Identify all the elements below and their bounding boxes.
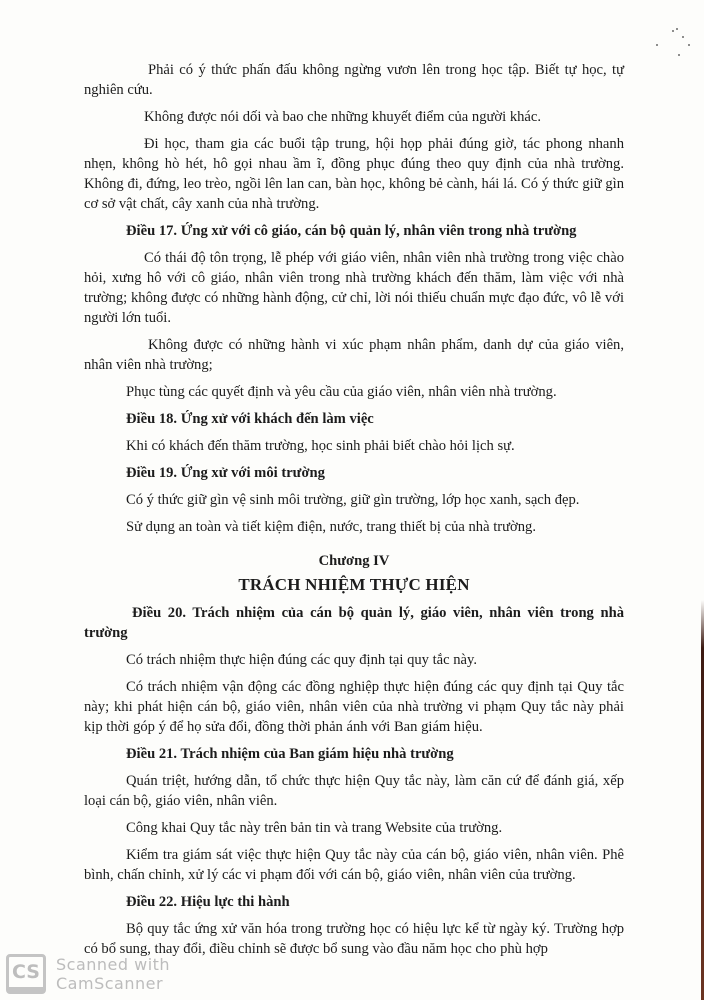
paragraph: Không được nói dối và bao che những khuy… [84,107,624,127]
paragraph: Khi có khách đến thăm trường, học sinh p… [84,436,624,456]
article-17-heading: Điều 17. Ứng xử với cô giáo, cán bộ quản… [84,221,624,241]
document-body: Phải có ý thức phấn đấu không ngừng vươn… [84,60,624,966]
article-21-heading: Điều 21. Trách nhiệm của Ban giám hiệu n… [84,744,624,764]
article-19-heading: Điều 19. Ứng xử với môi trường [84,463,624,483]
scanned-page: Phải có ý thức phấn đấu không ngừng vươn… [0,0,704,1000]
paragraph: Phải có ý thức phấn đấu không ngừng vươn… [84,60,624,100]
paragraph: Có trách nhiệm vận động các đồng nghiệp … [84,677,624,737]
paragraph: Quán triệt, hướng dẫn, tổ chức thực hiện… [84,771,624,811]
paragraph: Sử dụng an toàn và tiết kiệm điện, nước,… [84,517,624,537]
paragraph: Công khai Quy tắc này trên bản tin và tr… [84,818,624,838]
paragraph: Có trách nhiệm thực hiện đúng các quy đị… [84,650,624,670]
paragraph: Kiểm tra giám sát việc thực hiện Quy tắc… [84,845,624,885]
article-22-heading: Điều 22. Hiệu lực thi hành [84,892,624,912]
chapter-title: TRÁCH NHIỆM THỰC HIỆN [84,575,624,595]
camscanner-watermark: CS Scanned with CamScanner [6,954,170,994]
paragraph: Bộ quy tắc ứng xử văn hóa trong trường h… [84,919,624,959]
paragraph: Không được có những hành vi xúc phạm nhâ… [84,335,624,375]
paragraph: Có ý thức giữ gìn vệ sinh môi trường, gi… [84,490,624,510]
watermark-line-1: Scanned with [56,955,170,974]
chapter-number: Chương IV [84,551,624,571]
scan-specks [650,22,690,62]
paragraph: Có thái độ tôn trọng, lễ phép với giáo v… [84,248,624,328]
article-18-heading: Điều 18. Ứng xử với khách đến làm việc [84,409,624,429]
camscanner-logo-icon: CS [6,954,46,994]
article-20-heading: Điều 20. Trách nhiệm của cán bộ quản lý,… [84,603,624,643]
paragraph: Phục tùng các quyết định và yêu cầu của … [84,382,624,402]
watermark-line-2: CamScanner [56,974,170,993]
paragraph: Đi học, tham gia các buổi tập trung, hội… [84,134,624,214]
watermark-text: Scanned with CamScanner [56,955,170,993]
